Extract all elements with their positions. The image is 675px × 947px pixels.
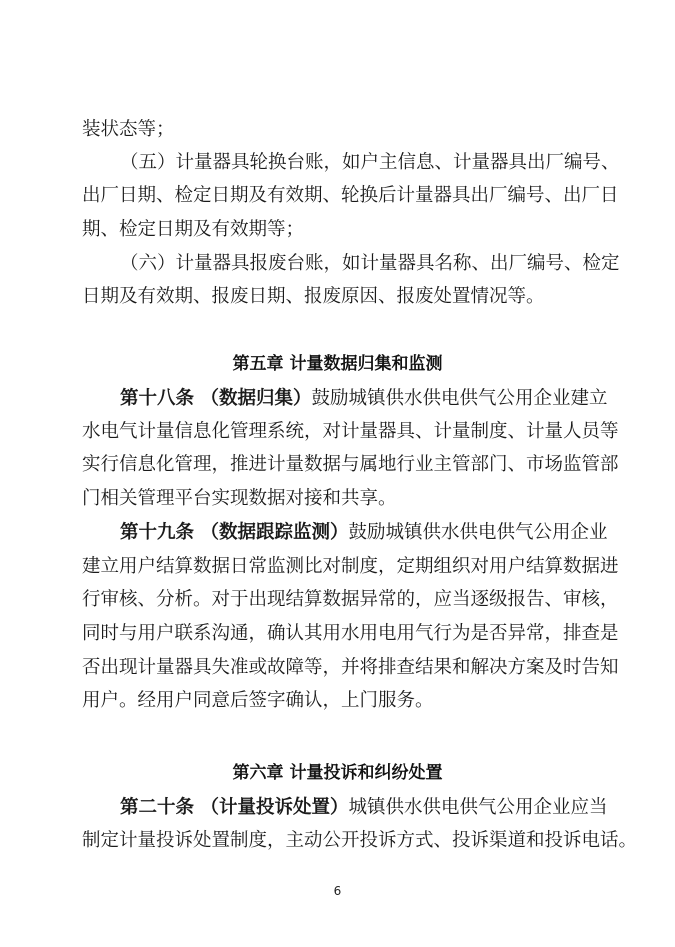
- article-label: 第二十条 （计量投诉处置）: [120, 797, 348, 818]
- text-line: 水电气计量信息化管理系统，对计量器具、计量制度、计量人员等: [82, 420, 592, 444]
- text-line: 出厂日期、检定日期及有效期、轮换后计量器具出厂编号、出厂日: [82, 184, 592, 208]
- article-text: 城镇供水供电供气公用企业应当: [348, 797, 607, 818]
- article-19-first-line: 第十九条 （数据跟踪监测）鼓励城镇供水供电供气公用企业: [120, 521, 592, 545]
- article-label: 第十九条 （数据跟踪监测）: [120, 522, 348, 543]
- text-line: （五）计量器具轮换台账，如户主信息、计量器具出厂编号、: [120, 151, 592, 175]
- article-20-first-line: 第二十条 （计量投诉处置）城镇供水供电供气公用企业应当: [120, 796, 592, 820]
- text-line: 日期及有效期、报废日期、报废原因、报废处置情况等。: [82, 285, 592, 309]
- chapter-heading: 第五章 计量数据归集和监测: [0, 352, 675, 376]
- text-line: 装状态等；: [82, 118, 592, 142]
- text-line: 实行信息化管理，推进计量数据与属地行业主管部门、市场监管部: [82, 453, 592, 477]
- text-line: 同时与用户联系沟通，确认其用水用电用气行为是否异常，排查是: [82, 622, 592, 646]
- article-label: 第十八条 （数据归集）: [120, 388, 311, 409]
- article-text: 鼓励城镇供水供电供气公用企业建立: [311, 388, 607, 409]
- document-page: 装状态等； （五）计量器具轮换台账，如户主信息、计量器具出厂编号、 出厂日期、检…: [0, 0, 675, 947]
- article-18-first-line: 第十八条 （数据归集）鼓励城镇供水供电供气公用企业建立: [120, 387, 592, 411]
- text-line: （六）计量器具报废台账，如计量器具名称、出厂编号、检定: [120, 252, 592, 276]
- text-line: 建立用户结算数据日常监测比对制度，定期组织对用户结算数据进: [82, 555, 592, 579]
- page-number: 6: [0, 884, 675, 898]
- article-text: 鼓励城镇供水供电供气公用企业: [348, 522, 607, 543]
- text-line: 行审核、分析。对于出现结算数据异常的，应当逐级报告、审核，: [82, 588, 592, 612]
- text-line: 制定计量投诉处置制度，主动公开投诉方式、投诉渠道和投诉电话。: [82, 829, 592, 853]
- text-line: 否出现计量器具失准或故障等，并将排查结果和解决方案及时告知: [82, 656, 592, 680]
- text-line: 门相关管理平台实现数据对接和共享。: [82, 487, 592, 511]
- chapter-heading: 第六章 计量投诉和纠纷处置: [0, 761, 675, 785]
- text-line: 期、检定日期及有效期等；: [82, 218, 592, 242]
- text-line: 用户。经用户同意后签字确认，上门服务。: [82, 689, 592, 713]
